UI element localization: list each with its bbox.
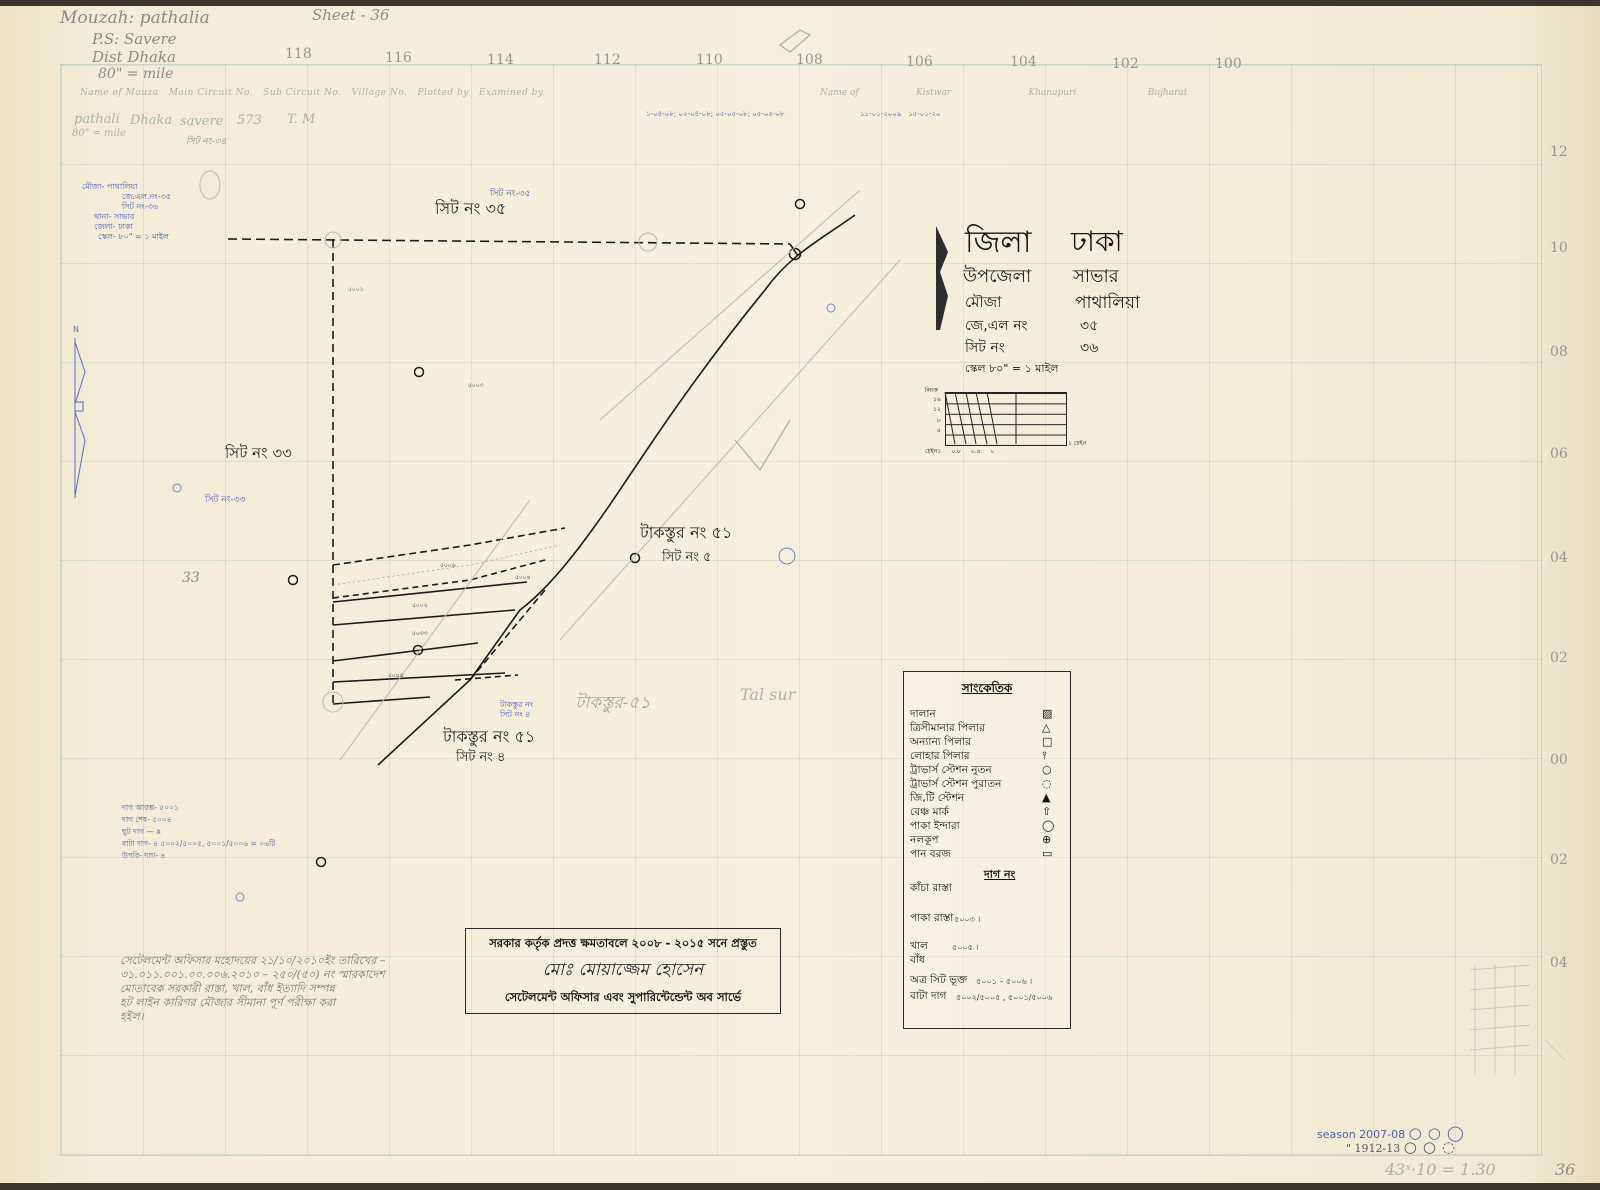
- blue-thak-text: টাকস্তুর নং: [500, 700, 533, 710]
- district-value: ঢাকা: [1071, 220, 1123, 267]
- tubewell-icon: ⊕: [1042, 834, 1051, 846]
- note-upori-dag: উপরি- দাগ- ৪: [122, 850, 275, 862]
- year-note: " 1912-13 ○○◌: [1346, 1138, 1461, 1156]
- plot-number: ৫০০৩: [468, 380, 484, 391]
- note-jl: জে.এল.নং-৩৫: [82, 192, 171, 202]
- label-thakbast-51-top: টাকস্তুর নং ৫১: [640, 520, 732, 547]
- label-blue-thakbast: টাকস্তুর নং সিট নং ৪: [500, 700, 533, 720]
- upazila-label: উপজেলা: [963, 262, 1031, 293]
- scale-x-tick: ০.৪: [971, 448, 981, 455]
- dag-row-label: কাঁচা রাস্তা: [910, 882, 952, 894]
- new-traverse-station-icon: ○: [1042, 764, 1052, 776]
- dag-row-value: ৫০০২/৫০০৫ , ৫০০১/৫০০৬: [956, 992, 1052, 1005]
- north-arrow-icon: [75, 338, 85, 498]
- legend-item-label: জি,টি স্টেশন: [910, 792, 964, 804]
- title-block: জিলা ঢাকা উপজেলা সাভার মৌজা পাথালিয়া জে…: [935, 218, 1155, 378]
- sheet-value: ৩৬: [1080, 336, 1098, 360]
- scale-x-tick: চেইন১: [925, 448, 941, 455]
- settlement-note: সেটেলমেন্ট অফিসার মহোদয়ের ২১/১০/২০১০ইং …: [120, 954, 385, 1024]
- dag-row-value: ৫০০১ – ৫০০৬ ।: [976, 976, 1032, 989]
- note-bata-dag: বাটা দাগ- ৪ ৫০০২/৫০০৫, ৫০০১/৫০০৬ = ০৬টি: [122, 838, 275, 850]
- iron-pillar-icon: ⫯: [1042, 750, 1047, 762]
- label-sheet-4: সিট নং ৪: [456, 748, 505, 769]
- plot-number: ৫০০৬: [440, 560, 456, 571]
- scale-y-tick: ৪: [933, 426, 941, 436]
- north-label: N: [73, 325, 79, 334]
- legend-item-label: দালান: [910, 708, 936, 720]
- pencil-tal-label: Tal sur: [740, 685, 795, 704]
- bench-mark-icon: ⇧: [1042, 806, 1051, 818]
- scan-bottom-edge: [0, 1183, 1600, 1190]
- plot-number: ৫০০১: [348, 284, 364, 295]
- plot-number: ৫০০২: [412, 600, 428, 611]
- left-mouza-notes: মৌজা- পাথালিয়া জে.এল.নং-৩৫ সিট নং-৩৬ থা…: [82, 182, 171, 242]
- scale-x-ticks: চেইন১ ০.৮ ০.৪ ০: [925, 446, 994, 457]
- note-line: সেটেলমেন্ট অফিসার মহোদয়ের ২১/১০/২০১০ইং …: [120, 954, 385, 968]
- gt-station-icon: ▲: [1042, 792, 1050, 804]
- scale-y-tick: ১২: [933, 405, 941, 415]
- diagonal-scale-bar: [945, 392, 1067, 446]
- pencil-number-33: 33: [182, 570, 200, 586]
- note-line: মোতাবেক সরকারী রাস্তা, খাল, বাঁধ ইত্যাদি…: [120, 982, 385, 996]
- dag-row-value: ৫০০৩ ।: [954, 914, 980, 927]
- dag-row-label: বাঁধ: [910, 954, 925, 966]
- label-thakbast-51-bottom: টাকস্তুর নং ৫১: [443, 724, 535, 751]
- dag-row-label: অত্র সিট ভূক্ত: [910, 974, 967, 986]
- scale-y-tick: ১৬: [933, 395, 941, 405]
- other-pillar-icon: □: [1042, 736, 1052, 748]
- tri-junction-pillar-icon: △: [1042, 722, 1050, 734]
- legend-item-label: বেঞ্চ মার্ক: [910, 806, 949, 818]
- dag-header: দাগ নং: [984, 866, 1015, 885]
- label-sheet-33: সিট নং ৩৩: [225, 442, 292, 467]
- legend-item-label: ট্রাভার্স স্টেশন পুরাতন: [910, 778, 1001, 790]
- dag-row-label: খাল: [910, 940, 928, 952]
- legend-item-label: পান বরজ: [910, 848, 951, 860]
- label-blue-sheet-35: সিট নং-৩৫: [490, 186, 530, 201]
- scale-y-tick: ৮: [933, 416, 941, 426]
- upazila-value: সাভার: [1073, 262, 1119, 293]
- sheet-label: সিট নং: [965, 336, 1005, 360]
- note-line: হইল।: [120, 1010, 385, 1024]
- plot-number: ৫০৩৩: [412, 628, 428, 639]
- scale-x-tick: ০.৮: [951, 448, 961, 455]
- note-district: জেলা- ঢাকা: [82, 222, 171, 232]
- legend-item-label: পাকা ইন্দারা: [910, 820, 960, 832]
- note-dag-start: দাগ আরম্ভ- ৫০০১: [122, 802, 275, 814]
- old-traverse-station-icon: ◌: [1042, 778, 1052, 790]
- mouza-label: মৌজা: [965, 291, 1001, 316]
- dag-row-value: ৫০০৫ ।: [952, 942, 978, 955]
- prepared-statement: সরকার কর্তৃক প্রদত্ত ক্ষমতাবলে ২০০৮ - ২০…: [466, 935, 780, 954]
- note-scale: স্কেল- ৮০" = ১ মাইল: [82, 232, 171, 242]
- signature-block: সরকার কর্তৃক প্রদত্ত ক্ষমতাবলে ২০০৮ - ২০…: [465, 928, 781, 1014]
- dag-row-label: বাটা দাগ: [910, 990, 946, 1002]
- note-mouza: মৌজা- পাথালিয়া: [82, 182, 171, 192]
- legend-item-label: ট্রাভার্স স্টেশন নুতন: [910, 764, 992, 776]
- officer-designation: সেটেলমেন্ট অফিসার এবং সুপারিন্টেন্ডেন্ট …: [466, 989, 780, 1008]
- betel-garden-icon: ▭: [1042, 848, 1052, 860]
- well-icon: ◯: [1042, 820, 1054, 832]
- note-sheet: সিট নং-৩৬: [82, 202, 171, 212]
- note-dag-end: দাগ শেষ- ৫০০৪: [122, 814, 275, 826]
- legend-title: সাংকেতিক: [904, 680, 1070, 700]
- officer-signature: মোঃ মোয়াজ্জেম হোসেন: [466, 957, 780, 985]
- note-line: ৩১.০১১.০০১.০০.০০৬.২০১০ – ২৫০/(৫০) নং স্ম…: [120, 968, 385, 982]
- dag-row-label: পাকা রাস্তা: [910, 912, 953, 924]
- scale-x-end: ১ চেইন: [1068, 438, 1086, 449]
- legend-item-label: লোহার পিলার: [910, 750, 970, 762]
- scale-y-ticks: ১৬ ১২ ৮ ৪: [933, 395, 941, 437]
- scale-text: স্কেল ৮০" = ১ মাইল: [965, 360, 1059, 379]
- label-sheet-5: সিট নং ৫: [662, 548, 711, 569]
- note-line: হট লাইন কারিগর মৌজার সীমানা পূর্ণ পরীক্ষ…: [120, 996, 385, 1010]
- jl-label: জে,এল নং: [965, 314, 1028, 338]
- legend-box: সাংকেতিক দালান ▨ ত্রিসীমানার পিলার △ অন্…: [903, 671, 1071, 1029]
- map-sheet: Mouzah: pathalia P.S: Savere Dist Dhaka …: [0, 0, 1600, 1190]
- note-chhut-dag: ছুট দাগ — x: [122, 826, 275, 838]
- legend-item-label: ত্রিসীমানার পিলার: [910, 722, 985, 734]
- scale-x-tick: ০: [990, 448, 994, 455]
- building-icon: ▨: [1042, 708, 1052, 720]
- left-dag-notes: দাগ আরম্ভ- ৫০০১ দাগ শেষ- ৫০০৪ ছুট দাগ — …: [122, 802, 275, 862]
- area-calc-note: 43ˣ·10 = 1.30: [1385, 1160, 1496, 1179]
- legend-item-label: অন্যান্য পিলার: [910, 736, 971, 748]
- jl-value: ৩৫: [1080, 314, 1098, 338]
- blue-sheet4-text: সিট নং ৪: [500, 710, 533, 720]
- year-text: " 1912-13: [1346, 1142, 1400, 1155]
- legend-item-label: নলকূপ: [910, 834, 939, 846]
- note-thana: থানা- সাভার: [82, 212, 171, 222]
- pencil-thakbast-label: টাকস্তুর-৫১: [575, 690, 650, 718]
- plot-number: ৫০৪৪: [388, 670, 404, 681]
- plot-number: ৫০০৪: [515, 572, 531, 583]
- corner-page-number: 36: [1555, 1160, 1575, 1179]
- label-blue-sheet-33: সিট নং-৩৩: [205, 492, 245, 507]
- pencil-sheet-34-note: সিট নং-৩৪: [186, 134, 226, 149]
